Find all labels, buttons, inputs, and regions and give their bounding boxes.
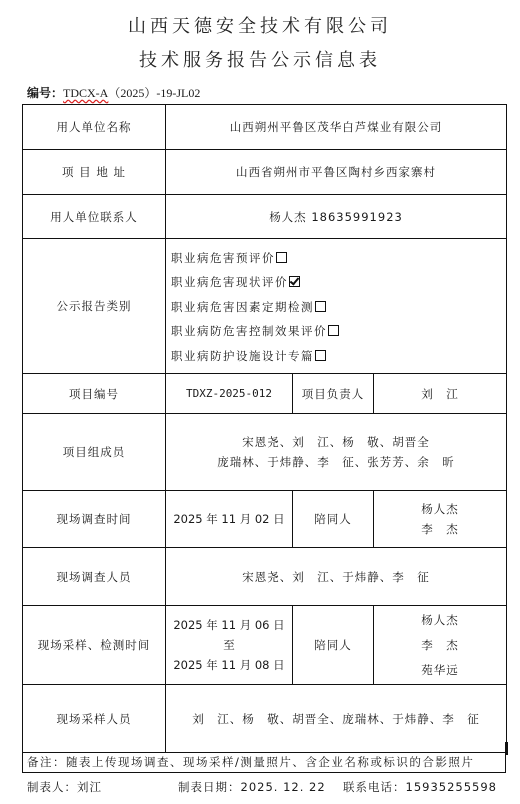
serial-number: 编号：TDCX-A（2025）-19-JL02 xyxy=(27,84,200,101)
value-survey-escorts: 杨人杰 李 杰 xyxy=(374,491,507,548)
label-sampling-escort: 陪同人 xyxy=(293,606,374,685)
value-sampling-time: 2025 年 11 月 06 日 至 2025 年 11 月 08 日 xyxy=(166,606,293,685)
label-project-members: 项目组成员 xyxy=(23,414,166,491)
label-survey-escort: 陪同人 xyxy=(293,491,374,548)
footer-phone: 联系电话：15935255598 xyxy=(343,779,497,795)
category-item: 职业病防危害控制效果评价 xyxy=(166,319,506,344)
form-title: 技术服务报告公示信息表 xyxy=(0,46,520,72)
value-sampling-staff: 刘 江、杨 敬、胡晋全、庞瑞林、于炜静、李 征 xyxy=(166,685,507,753)
footer-preparer: 制表人：刘江 xyxy=(27,779,102,795)
row-project-number: 项目编号 TDXZ-2025-012 项目负责人 刘 江 xyxy=(23,374,507,414)
row-report-category: 公示报告类别 职业病危害预评价 职业病危害现状评价 职业病危害因素定期检测 职业… xyxy=(23,239,507,374)
label-survey-time: 现场调查时间 xyxy=(23,491,166,548)
row-sampling-staff: 现场采样人员 刘 江、杨 敬、胡晋全、庞瑞林、于炜静、李 征 xyxy=(23,685,507,753)
row-survey-time: 现场调查时间 2025 年 11 月 02 日 陪同人 杨人杰 李 杰 xyxy=(23,491,507,548)
label-employer-contact: 用人单位联系人 xyxy=(23,195,166,239)
row-employer-contact: 用人单位联系人 杨人杰 18635991923 xyxy=(23,195,507,239)
row-employer-name: 用人单位名称 山西朔州平鲁区茂华白芦煤业有限公司 xyxy=(23,105,507,150)
label-project-leader: 项目负责人 xyxy=(293,374,374,414)
category-item: 职业病防护设施设计专篇 xyxy=(166,344,506,369)
serial-label: 编号： xyxy=(27,86,63,100)
company-title: 山西天德安全技术有限公司 xyxy=(0,12,520,38)
footer-date: 制表日期：2025. 12. 22 xyxy=(178,779,326,795)
category-item: 职业病危害现状评价 xyxy=(166,270,506,295)
remark-note: 备注：随表上传现场调查、现场采样/测量照片、含企业名称或标识的合影照片 xyxy=(22,752,506,773)
checkbox-unchecked-icon[interactable] xyxy=(328,325,339,336)
checkbox-unchecked-icon[interactable] xyxy=(315,301,326,312)
label-employer-name: 用人单位名称 xyxy=(23,105,166,150)
label-sampling-staff: 现场采样人员 xyxy=(23,685,166,753)
row-project-members: 项目组成员 宋恩尧、刘 江、杨 敬、胡晋全 庞瑞林、于炜静、李 征、张芳芳、余 … xyxy=(23,414,507,491)
serial-code: TDCX-A xyxy=(63,86,108,100)
value-employer-name: 山西朔州平鲁区茂华白芦煤业有限公司 xyxy=(166,105,507,150)
row-project-address: 项 目 地 址 山西省朔州市平鲁区陶村乡西家寨村 xyxy=(23,150,507,195)
category-list: 职业病危害预评价 职业病危害现状评价 职业病危害因素定期检测 职业病防危害控制效… xyxy=(166,239,507,374)
label-project-number: 项目编号 xyxy=(23,374,166,414)
label-report-category: 公示报告类别 xyxy=(23,239,166,374)
checkbox-unchecked-icon[interactable] xyxy=(315,350,326,361)
value-sampling-escorts: 杨人杰 李 杰 苑华远 xyxy=(374,606,507,685)
value-survey-staff: 宋恩尧、刘 江、于炜静、李 征 xyxy=(166,548,507,606)
category-item: 职业病危害因素定期检测 xyxy=(166,295,506,320)
value-project-address: 山西省朔州市平鲁区陶村乡西家寨村 xyxy=(166,150,507,195)
value-project-leader: 刘 江 xyxy=(374,374,507,414)
checkbox-unchecked-icon[interactable] xyxy=(276,252,287,263)
info-table: 用人单位名称 山西朔州平鲁区茂华白芦煤业有限公司 项 目 地 址 山西省朔州市平… xyxy=(22,104,507,753)
serial-rest: （2025）-19-JL02 xyxy=(108,86,200,100)
label-sampling-time: 现场采样、检测时间 xyxy=(23,606,166,685)
checkbox-checked-icon[interactable] xyxy=(289,276,300,287)
value-survey-time: 2025 年 11 月 02 日 xyxy=(166,491,293,548)
row-survey-staff: 现场调查人员 宋恩尧、刘 江、于炜静、李 征 xyxy=(23,548,507,606)
label-project-address: 项 目 地 址 xyxy=(23,150,166,195)
value-employer-contact: 杨人杰 18635991923 xyxy=(166,195,507,239)
value-project-members: 宋恩尧、刘 江、杨 敬、胡晋全 庞瑞林、于炜静、李 征、张芳芳、余 昕 xyxy=(166,414,507,491)
category-item: 职业病危害预评价 xyxy=(166,246,506,271)
label-survey-staff: 现场调查人员 xyxy=(23,548,166,606)
value-project-number: TDXZ-2025-012 xyxy=(166,374,293,414)
row-sampling-time: 现场采样、检测时间 2025 年 11 月 06 日 至 2025 年 11 月… xyxy=(23,606,507,685)
